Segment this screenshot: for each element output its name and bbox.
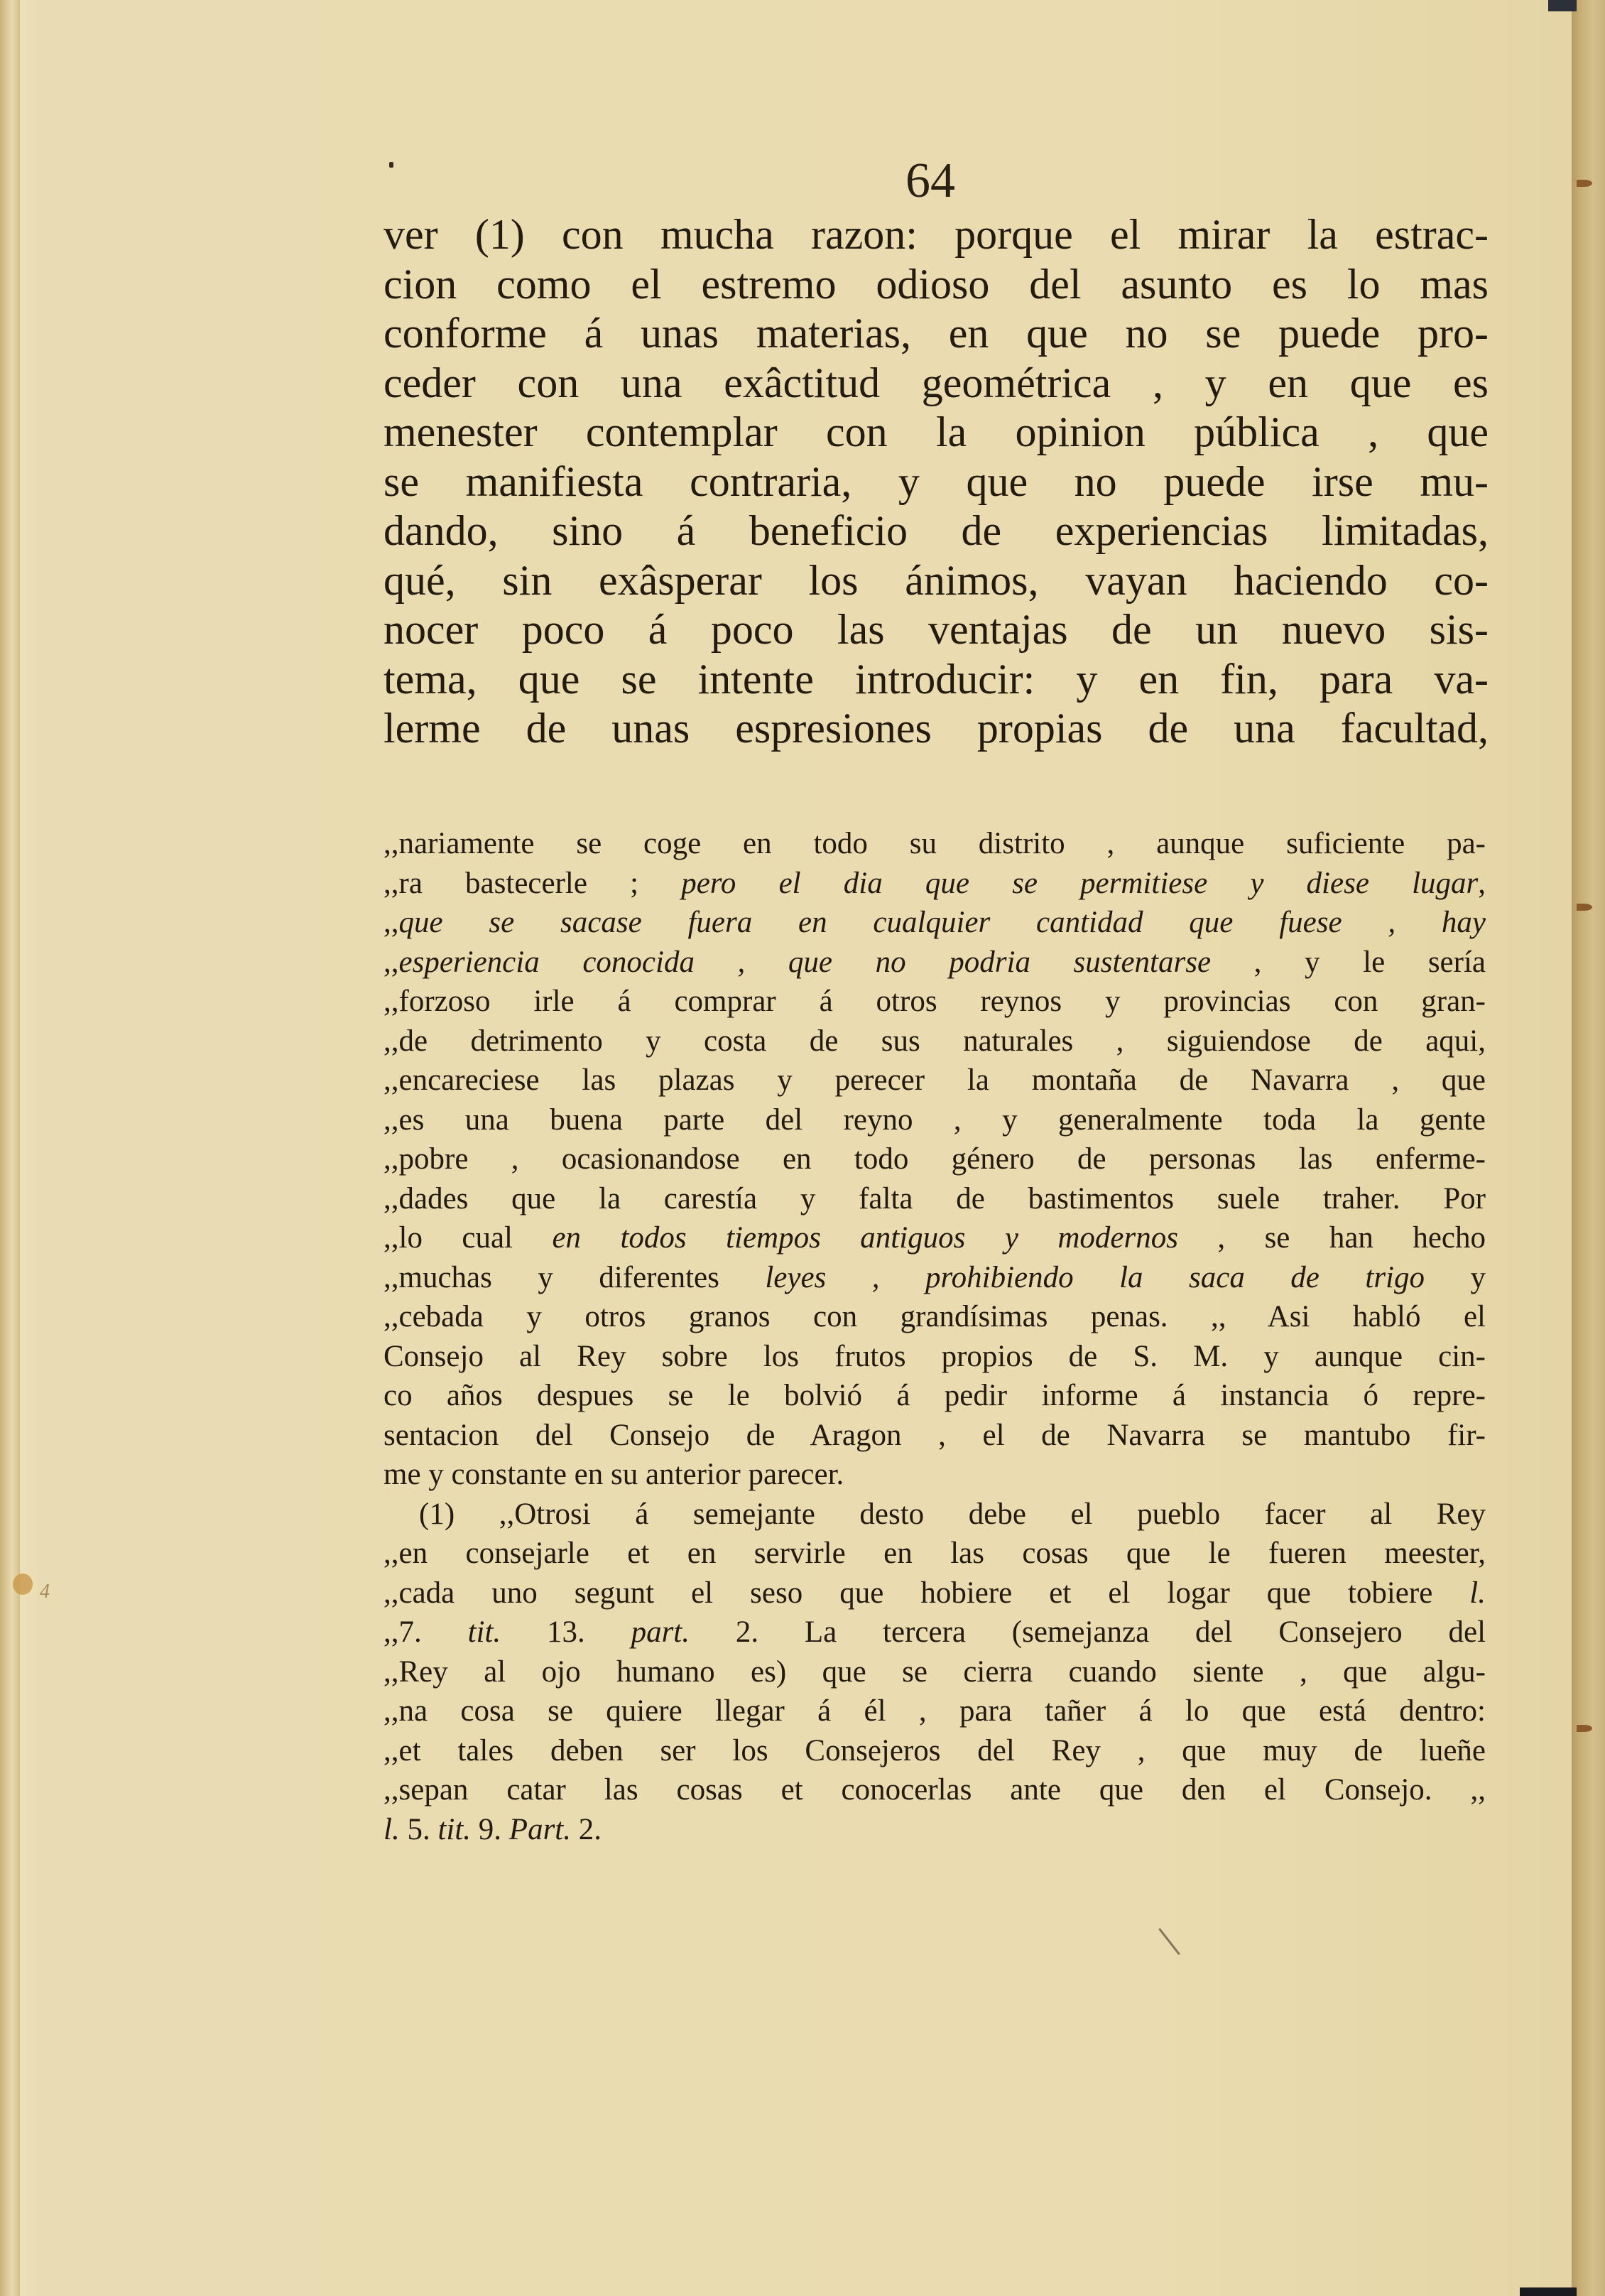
text-segment: 13.: [501, 1615, 631, 1649]
italic-text-segment: que se sacase fuera en cualquier cantida…: [399, 906, 1486, 939]
text-segment: ,,es una buena parte del reyno , y gener…: [383, 1103, 1486, 1137]
text-segment: ,,: [383, 906, 399, 939]
footnote-line: ,,que se sacase fuera en cualquier canti…: [383, 903, 1486, 943]
footnote-line: ,,esperiencia conocida , que no podria s…: [383, 943, 1486, 982]
text-line: se manifiesta contraria, y que no puede …: [383, 457, 1489, 507]
text-segment: ,,na cosa se quiere llegar á él , para t…: [383, 1694, 1486, 1728]
ink-mark: [389, 162, 393, 168]
footnote-line: ,,cada uno segunt el seso que hobiere et…: [383, 1574, 1486, 1613]
text-segment: ,,: [383, 946, 399, 979]
footnote-line: ,,sepan catar las cosas et conocerlas an…: [383, 1770, 1486, 1810]
footnote-line: ,,lo cual en todos tiempos antiguos y mo…: [383, 1218, 1486, 1258]
text-segment: ,,forzoso irle á comprar á otros reynos …: [383, 985, 1486, 1018]
footnote-line: ,,muchas y diferentes leyes , prohibiend…: [383, 1258, 1486, 1298]
footnote-line: co años despues se le bolvió á pedir inf…: [383, 1376, 1486, 1416]
text-line: menester contemplar con la opinion públi…: [383, 408, 1489, 457]
text-segment: 5.: [400, 1813, 438, 1846]
text-segment: ,,lo cual: [383, 1221, 552, 1255]
text-segment: me y constante en su anterior parecer.: [383, 1458, 844, 1491]
text-segment: ,: [1478, 867, 1486, 900]
text-line: conforme á unas materias, en que no se p…: [383, 309, 1489, 359]
page-fore-edge: [1572, 0, 1605, 2296]
text-segment: ,,nariamente se coge en todo su distrito…: [383, 827, 1486, 860]
footnote-line: ,,7. tit. 13. part. 2. La tercera (semej…: [383, 1613, 1486, 1652]
text-segment: co años despues se le bolvió á pedir inf…: [383, 1379, 1486, 1412]
footnote-line: ,,en consejarle et en servirle en las co…: [383, 1534, 1486, 1574]
text-segment: (1) ,,Otrosi á semejante desto debe el p…: [419, 1498, 1486, 1531]
page-tab-notch: [1577, 180, 1592, 187]
text-segment: , y le sería: [1211, 946, 1486, 979]
text-segment: ,,cada uno segunt el seso que hobiere et…: [383, 1576, 1469, 1610]
italic-text-segment: l.: [383, 1813, 400, 1846]
text-segment: 9.: [471, 1813, 509, 1846]
footnote-line: ,,de detrimento y costa de sus naturales…: [383, 1022, 1486, 1061]
book-binding-edge: [0, 0, 20, 2296]
book-page: 4 64 ver (1) con mucha razon: porque el …: [0, 0, 1577, 2296]
text-segment: ,,muchas y diferentes: [383, 1261, 765, 1294]
footnote-line: ,,es una buena parte del reyno , y gener…: [383, 1100, 1486, 1140]
footnote-line: ,,dades que la carestía y falta de basti…: [383, 1179, 1486, 1219]
page-number: 64: [905, 156, 955, 206]
italic-text-segment: Part.: [509, 1813, 571, 1846]
italic-text-segment: leyes , prohibiendo la saca de trigo: [765, 1261, 1425, 1294]
italic-text-segment: pero el dia que se permitiese y diese lu…: [681, 867, 1478, 900]
footnote-line: ,,forzoso irle á comprar á otros reynos …: [383, 982, 1486, 1022]
text-line: qué, sin exâsperar los ánimos, vayan hac…: [383, 556, 1489, 606]
footnote-line: ,,cebada y otros granos con grandísimas …: [383, 1297, 1486, 1337]
text-segment: 2. La tercera (semejanza del Consejero d…: [690, 1615, 1486, 1649]
text-segment: 2.: [571, 1813, 602, 1846]
footnote-line: ,,et tales deben ser los Consejeros del …: [383, 1731, 1486, 1771]
text-line: nocer poco á poco las ventajas de un nue…: [383, 605, 1489, 655]
text-segment: , se han hecho: [1178, 1221, 1486, 1255]
foxing-stain: [13, 1574, 33, 1595]
main-body-text: ver (1) con mucha razon: porque el mirar…: [383, 210, 1489, 754]
footnote-line: sentacion del Consejo de Aragon , el de …: [383, 1416, 1486, 1456]
text-segment: ,,cebada y otros granos con grandísimas …: [383, 1300, 1486, 1333]
footnote-line: ,,encareciese las plazas y perecer la mo…: [383, 1061, 1486, 1100]
text-segment: ,,dades que la carestía y falta de basti…: [383, 1182, 1486, 1215]
footnote-line: l. 5. tit. 9. Part. 2.: [383, 1810, 1486, 1850]
text-segment: sentacion del Consejo de Aragon , el de …: [383, 1419, 1486, 1452]
text-segment: ,,Rey al ojo humano es) que se cierra cu…: [383, 1655, 1486, 1689]
pencil-marginal-mark: 4: [40, 1581, 50, 1603]
text-line: lerme de unas espresiones propias de una…: [383, 704, 1489, 754]
text-line: ver (1) con mucha razon: porque el mirar…: [383, 210, 1489, 260]
footnote-line: ,,pobre , ocasionandose en todo género d…: [383, 1139, 1486, 1179]
background-shadow-bottom: [1520, 2287, 1577, 2296]
italic-text-segment: esperiencia conocida , que no podria sus…: [399, 946, 1212, 979]
footnote-block: ,,nariamente se coge en todo su distrito…: [383, 824, 1486, 1849]
page-tab-notch: [1577, 904, 1592, 911]
text-segment: ,,ra bastecerle ;: [383, 867, 681, 900]
footnote-line: ,,nariamente se coge en todo su distrito…: [383, 824, 1486, 864]
text-line: cion como el estremo odioso del asunto e…: [383, 260, 1489, 310]
text-segment: ,,pobre , ocasionandose en todo género d…: [383, 1142, 1486, 1176]
footnote-line: ,,na cosa se quiere llegar á él , para t…: [383, 1691, 1486, 1731]
ink-stroke-mark: [1158, 1928, 1180, 1955]
background-shadow-top: [1548, 0, 1577, 11]
italic-text-segment: part.: [631, 1615, 690, 1649]
text-segment: ,,sepan catar las cosas et conocerlas an…: [383, 1773, 1486, 1807]
text-line: dando, sino á beneficio de experiencias …: [383, 507, 1489, 556]
text-segment: ,,et tales deben ser los Consejeros del …: [383, 1734, 1486, 1767]
italic-text-segment: tit.: [437, 1813, 471, 1846]
italic-text-segment: tit.: [468, 1615, 501, 1649]
text-segment: Consejo al Rey sobre los frutos propios …: [383, 1340, 1486, 1373]
footnote-line: ,,Rey al ojo humano es) que se cierra cu…: [383, 1652, 1486, 1692]
text-segment: ,,7.: [383, 1615, 468, 1649]
text-segment: ,,en consejarle et en servirle en las co…: [383, 1537, 1486, 1570]
footnote-line: me y constante en su anterior parecer.: [383, 1455, 1486, 1495]
text-segment: y: [1425, 1261, 1486, 1294]
text-line: tema, que se intente introducir: y en fi…: [383, 655, 1489, 705]
footnote-line: (1) ,,Otrosi á semejante desto debe el p…: [383, 1495, 1486, 1534]
text-line: ceder con una exâctitud geométrica , y e…: [383, 359, 1489, 408]
italic-text-segment: en todos tiempos antiguos y modernos: [552, 1221, 1178, 1255]
footnote-line: ,,ra bastecerle ; pero el dia que se per…: [383, 864, 1486, 904]
italic-text-segment: l.: [1469, 1576, 1486, 1610]
page-tab-notch: [1577, 1725, 1592, 1732]
text-segment: ,,de detrimento y costa de sus naturales…: [383, 1024, 1486, 1058]
footnote-line: Consejo al Rey sobre los frutos propios …: [383, 1337, 1486, 1377]
text-segment: ,,encareciese las plazas y perecer la mo…: [383, 1063, 1486, 1097]
